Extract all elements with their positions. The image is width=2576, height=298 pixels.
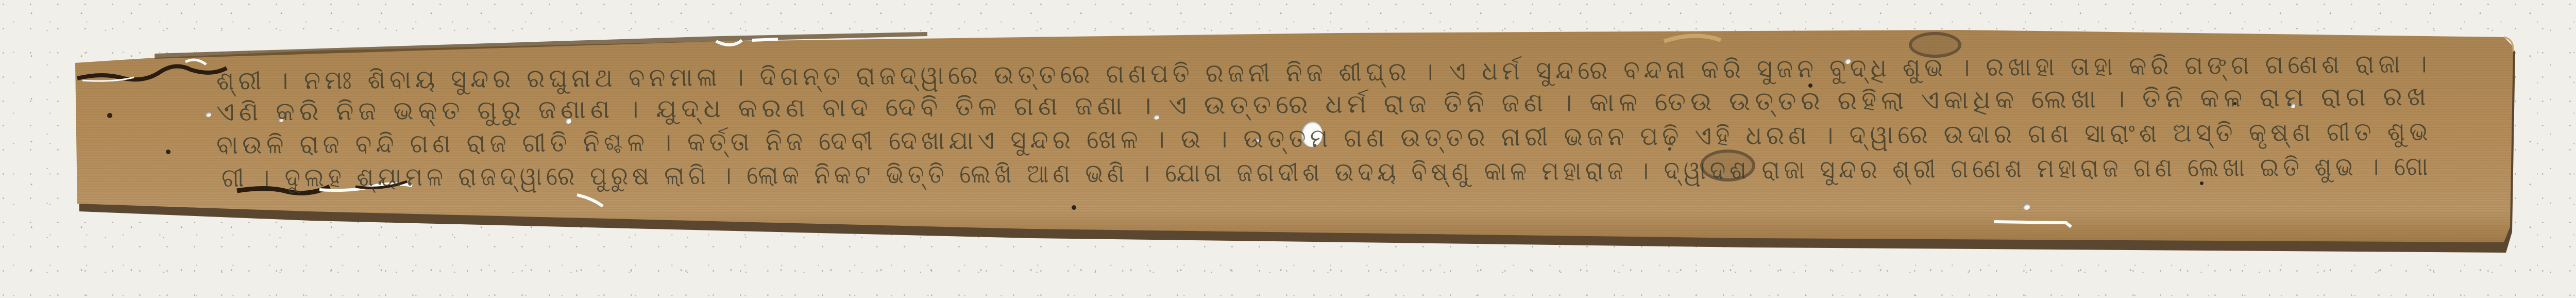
worm-hole <box>205 112 211 117</box>
ink-spot <box>107 113 112 118</box>
palm-leaf-folio: ଶ୍ରୀ । ନମଃ ଶିବାୟ ସୁନ୍ଦର ରଘୁନାଥ ବନମାଳା । … <box>0 0 2576 298</box>
ink-spot <box>166 150 171 154</box>
worm-hole <box>2023 204 2030 210</box>
ink-spot <box>1072 205 1076 210</box>
